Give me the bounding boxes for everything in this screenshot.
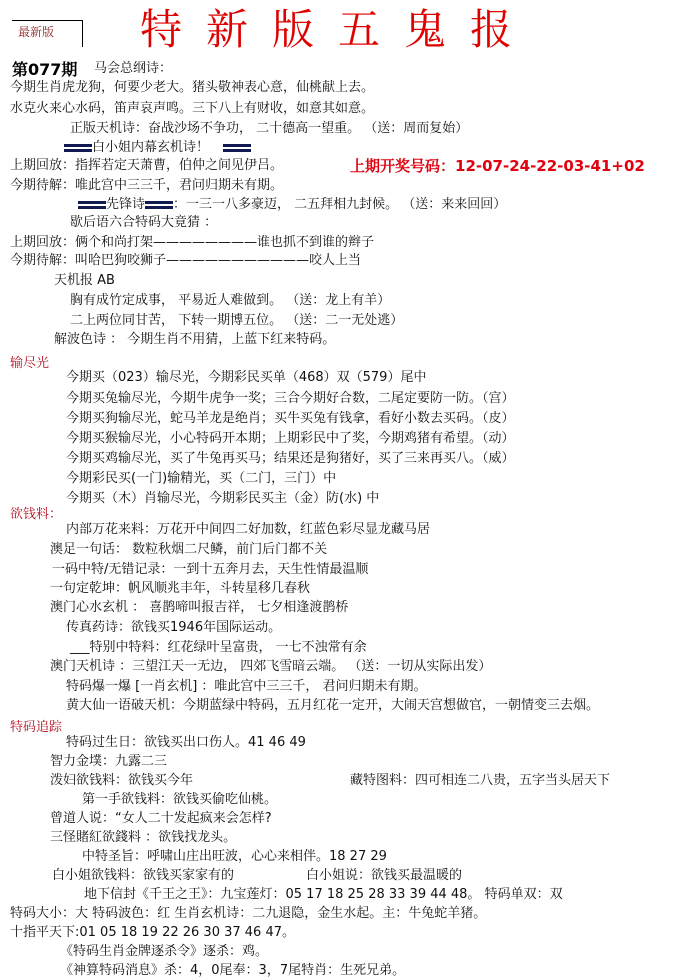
page-title: 特新版五鬼报 [140, 4, 536, 56]
tianjibao-line: 二上两位同甘苦， 下转一期博五位。 （送：二一无处逃） [70, 313, 403, 329]
section-line: 曾道人说：“女人二十发起疯来会怎样? [50, 811, 272, 827]
issue-subtitle: 马会总纲诗： [94, 61, 172, 77]
section-line: 今期买猴输尽光，小心特码开本期；上期彩民中了奖，今期鸡猪有希望。（动） [66, 431, 515, 447]
bars-icon [223, 143, 251, 153]
section-line: ___特别中特料：红花绿叶呈富贵， 一七不浊常有余 [70, 640, 367, 656]
edition-badge: 最新版 [18, 23, 54, 40]
section-line: 今期买鸡输尽光，买了牛兔再买马；结果还是狗猪好，买了三来再买八。（威） [66, 451, 515, 467]
issue-number: 第077期 [12, 57, 77, 80]
section-line: 智力金墣：九露二三 [50, 754, 167, 770]
xiehouyu-last: 上期回放：俩个和尚打架————————谁也抓不到谁的辫子 [10, 235, 374, 251]
section-title-yuqianliao: 欲钱料： [10, 503, 62, 522]
tianjibao-title: 天机报 AB [54, 273, 115, 289]
this-solve: 今期待解：唯此宫中三三千，君问归期未有期。 [10, 178, 283, 194]
section-line: 一码中特/无错记录：一到十五奔月去，天生性情最温顺 [52, 562, 368, 578]
section-line: 澳门天机诗 ：三望江天一无边， 四郊飞雪暗云端。 （送：一切从实际出发） [50, 659, 491, 675]
section-line: 《神算特码消息》杀：4，0尾奉：3，7尾特肖：生死兄弟。 [60, 963, 405, 979]
section-line: 特码过生日：欲钱买出口伤人。41 46 49 [66, 735, 306, 751]
section-line: 地下信封《千王之王》：九宝莲灯：05 17 18 25 28 33 39 44 … [84, 887, 563, 903]
intro-line: 今期生肖虎龙狗，何要少老大。猪头敬神表心意，仙桃献上去。 [10, 80, 374, 96]
bars-icon [64, 143, 92, 153]
section-line: 《特码生肖金牌逐杀令》逐杀：鸡。 [60, 944, 268, 960]
section-line: 黄大仙一语破天机：今期蓝绿中特码，五月红花一定开，大闹天宫想做官，一朝情变三去烟… [66, 698, 599, 714]
section-line: 一句定乾坤：帆风顺兆丰年，斗转星移几春秋 [50, 581, 310, 597]
section-line: 传真药诗：欲钱买1946年国际运动。 [66, 620, 281, 636]
baixiaojie-heading: 白小姐内幕玄机诗！ [64, 140, 251, 156]
xiehouyu-title: 歇后语六合特码大竟猜 ： [70, 215, 217, 231]
intro-line: 水克火来心水码，笛声哀声鸣。三下八上有财收，如意其如意。 [10, 101, 374, 117]
section-line: 今期买兔输尽光，今期牛虎争一奖；三合今期好合数，二尾定要防一防。（宫） [66, 391, 515, 407]
tianjibao-line: 胸有成竹定成事， 平易近人难做到。 （送：龙上有羊） [70, 293, 390, 309]
section-title-temazhuizong: 特码追踪 [10, 716, 62, 735]
jiebose-poem: 解波色诗 ： 今期生肖不用猜，上蓝下红来特码。 [54, 332, 335, 348]
section-line: 今期买狗输尽光，蛇马羊龙是绝肖；买牛买兔有钱拿，看好小数去买码。（皮） [66, 411, 515, 427]
last-result-numbers: 上期开奖号码：12-07-24-22-03-41+02 [350, 155, 645, 176]
section-line: 今期彩民买(一门)输精光，买（二门，三门）中 [66, 471, 336, 487]
xianfeng-heading: 先锋诗：一三一八多豪迈， 二五拜相九封候。 （送：来来回回） [78, 197, 506, 213]
section-line: 藏特图料：四可相连二八贵，五字当头居天下 [350, 773, 610, 789]
section-line: 特码爆一爆 [一肖玄机] ：唯此宫中三三千， 君问归期未有期。 [66, 679, 427, 695]
section-line: 中特圣旨：呼啸山庄出旺波，心心来相伴。18 27 29 [82, 849, 387, 865]
section-line: 白小姐欲钱料：欲钱买家家有的 [52, 868, 234, 884]
section-line: 第一手欲钱料：欲钱买偷吃仙桃。 [82, 792, 277, 808]
section-line: 泼妇欲钱料：欲钱买今年 [50, 773, 193, 789]
section-line: 十指平天下:01 05 18 19 22 26 30 37 46 47。 [10, 925, 295, 941]
section-line: 今期买（023）输尽光，今期彩民买单（468）双（579）尾中 [66, 370, 426, 386]
zhengban-poem: 正版天机诗：奋战沙场不争功， 二十德高一望重。 （送：周而复始） [70, 121, 468, 137]
section-line: 白小姐说：欲钱买最温暖的 [306, 868, 462, 884]
section-line: 内部万花来料：万花开中间四二好加数，红蓝色彩尽显龙藏马居 [66, 522, 430, 538]
bars-icon [145, 200, 173, 210]
section-line: 特码大小：大 特码波色：红 生肖玄机诗：二九退隐，金生水起。主：牛兔蛇羊猪。 [10, 906, 486, 922]
section-line: 澳门心水玄机 ： 喜鹊啼叫报吉祥， 七夕相逢渡鹊桥 [50, 600, 348, 616]
bars-icon [78, 200, 106, 210]
section-line: 今期买（木）肖输尽光，今期彩民买主（金）防(水) 中 [66, 491, 379, 507]
section-line: 澳足一句话： 数粒秋烟二尺鳞，前门后门都不关 [50, 542, 327, 558]
xiehouyu-this: 今期待解：叫哈巴狗咬狮子———————————咬人上当 [10, 253, 361, 269]
section-title-shujinguang: 输尽光 [10, 352, 49, 371]
last-replay: 上期回放：指挥若定天萧曹，伯仲之间见伊吕。 [10, 158, 283, 174]
section-line: 三怪賭紅欲錢料 ：欲钱找龙头。 [50, 830, 236, 846]
